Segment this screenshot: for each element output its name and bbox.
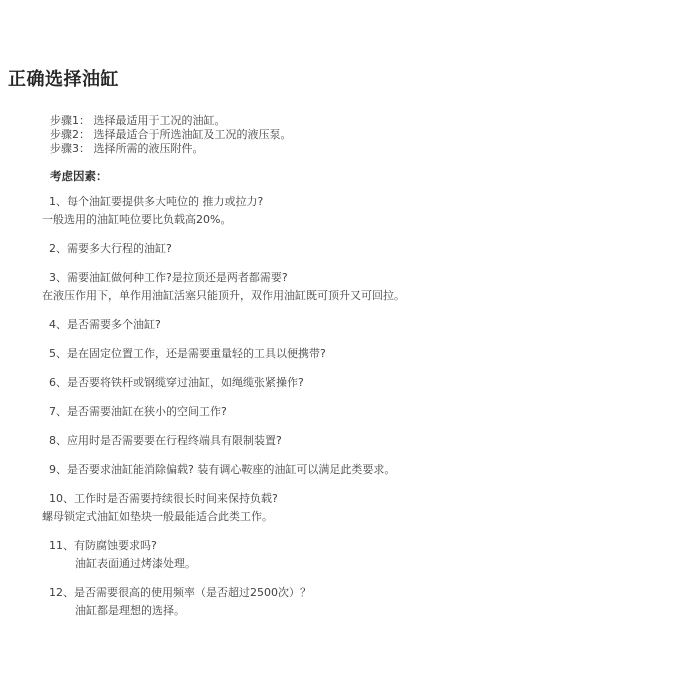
list-item-line: 3、需要油缸做何种工作?是拉顶还是两者都需要? xyxy=(0,269,700,287)
list-item-line: 2、需要多大行程的油缸? xyxy=(0,240,700,258)
list-item-line: 7、是否需要油缸在狭小的空间工作? xyxy=(0,403,700,421)
list-item-2: 2、需要多大行程的油缸? xyxy=(0,240,700,258)
list-item-line: 5、是在固定位置工作，还是需要重量轻的工具以便携带? xyxy=(0,345,700,363)
list-item-line: 一般选用的油缸吨位要比负载高20%。 xyxy=(0,211,700,229)
list-item-8: 8、应用时是否需要要在行程终端具有限制装置? xyxy=(0,432,700,450)
list-item-12: 12、是否需要很高的使用频率（是否超过2500次）？ 油缸都是理想的选择。 xyxy=(0,584,700,620)
step-line-1: 步骤1： 选择最适用于工况的油缸。 xyxy=(0,114,700,128)
step-line-2: 步骤2： 选择最适合于所选油缸及工况的液压泵。 xyxy=(0,128,700,142)
list-item-6: 6、是否要将铁杆或钢缆穿过油缸，如绳缆张紧操作? xyxy=(0,374,700,392)
list-item-7: 7、是否需要油缸在狭小的空间工作? xyxy=(0,403,700,421)
list-item-4: 4、是否需要多个油缸? xyxy=(0,316,700,334)
list-item-line: 12、是否需要很高的使用频率（是否超过2500次）？ xyxy=(0,584,700,602)
list-item-11: 11、有防腐蚀要求吗? 油缸表面通过烤漆处理。 xyxy=(0,537,700,573)
list-item-line: 螺母锁定式油缸如垫块一般最能适合此类工作。 xyxy=(0,508,700,526)
list-item-line: 6、是否要将铁杆或钢缆穿过油缸，如绳缆张紧操作? xyxy=(0,374,700,392)
step-line-3: 步骤3： 选择所需的液压附件。 xyxy=(0,142,700,156)
document-page: 正确选择油缸 步骤1： 选择最适用于工况的油缸。 步骤2： 选择最适合于所选油缸… xyxy=(0,0,700,700)
list-item-line: 10、工作时是否需要持续很长时间来保持负载? xyxy=(0,490,700,508)
factors-heading: 考虑因素： xyxy=(50,169,108,183)
list-item-line: 11、有防腐蚀要求吗? xyxy=(0,537,700,555)
list-item-1: 1、每个油缸要提供多大吨位的 推力或拉力? 一般选用的油缸吨位要比负载高20%。 xyxy=(0,193,700,229)
list-item-line: 油缸都是理想的选择。 xyxy=(0,602,700,620)
list-item-5: 5、是在固定位置工作，还是需要重量轻的工具以便携带? xyxy=(0,345,700,363)
list-item-line: 8、应用时是否需要要在行程终端具有限制装置? xyxy=(0,432,700,450)
list-item-line: 油缸表面通过烤漆处理。 xyxy=(0,555,700,573)
list-item-9: 9、是否要求油缸能消除偏载? 装有调心鞍座的油缸可以满足此类要求。 xyxy=(0,461,700,479)
list-item-3: 3、需要油缸做何种工作?是拉顶还是两者都需要? 在液压作用下，单作用油缸活塞只能… xyxy=(0,269,700,305)
factors-list: 1、每个油缸要提供多大吨位的 推力或拉力? 一般选用的油缸吨位要比负载高20%。… xyxy=(0,193,700,631)
page-title: 正确选择油缸 xyxy=(8,70,119,90)
list-item-line: 9、是否要求油缸能消除偏载? 装有调心鞍座的油缸可以满足此类要求。 xyxy=(0,461,700,479)
list-item-line: 4、是否需要多个油缸? xyxy=(0,316,700,334)
list-item-10: 10、工作时是否需要持续很长时间来保持负载? 螺母锁定式油缸如垫块一般最能适合此… xyxy=(0,490,700,526)
steps-block: 步骤1： 选择最适用于工况的油缸。 步骤2： 选择最适合于所选油缸及工况的液压泵… xyxy=(0,114,700,156)
list-item-line: 1、每个油缸要提供多大吨位的 推力或拉力? xyxy=(0,193,700,211)
list-item-line: 在液压作用下，单作用油缸活塞只能顶升，双作用油缸既可顶升又可回拉。 xyxy=(0,287,700,305)
